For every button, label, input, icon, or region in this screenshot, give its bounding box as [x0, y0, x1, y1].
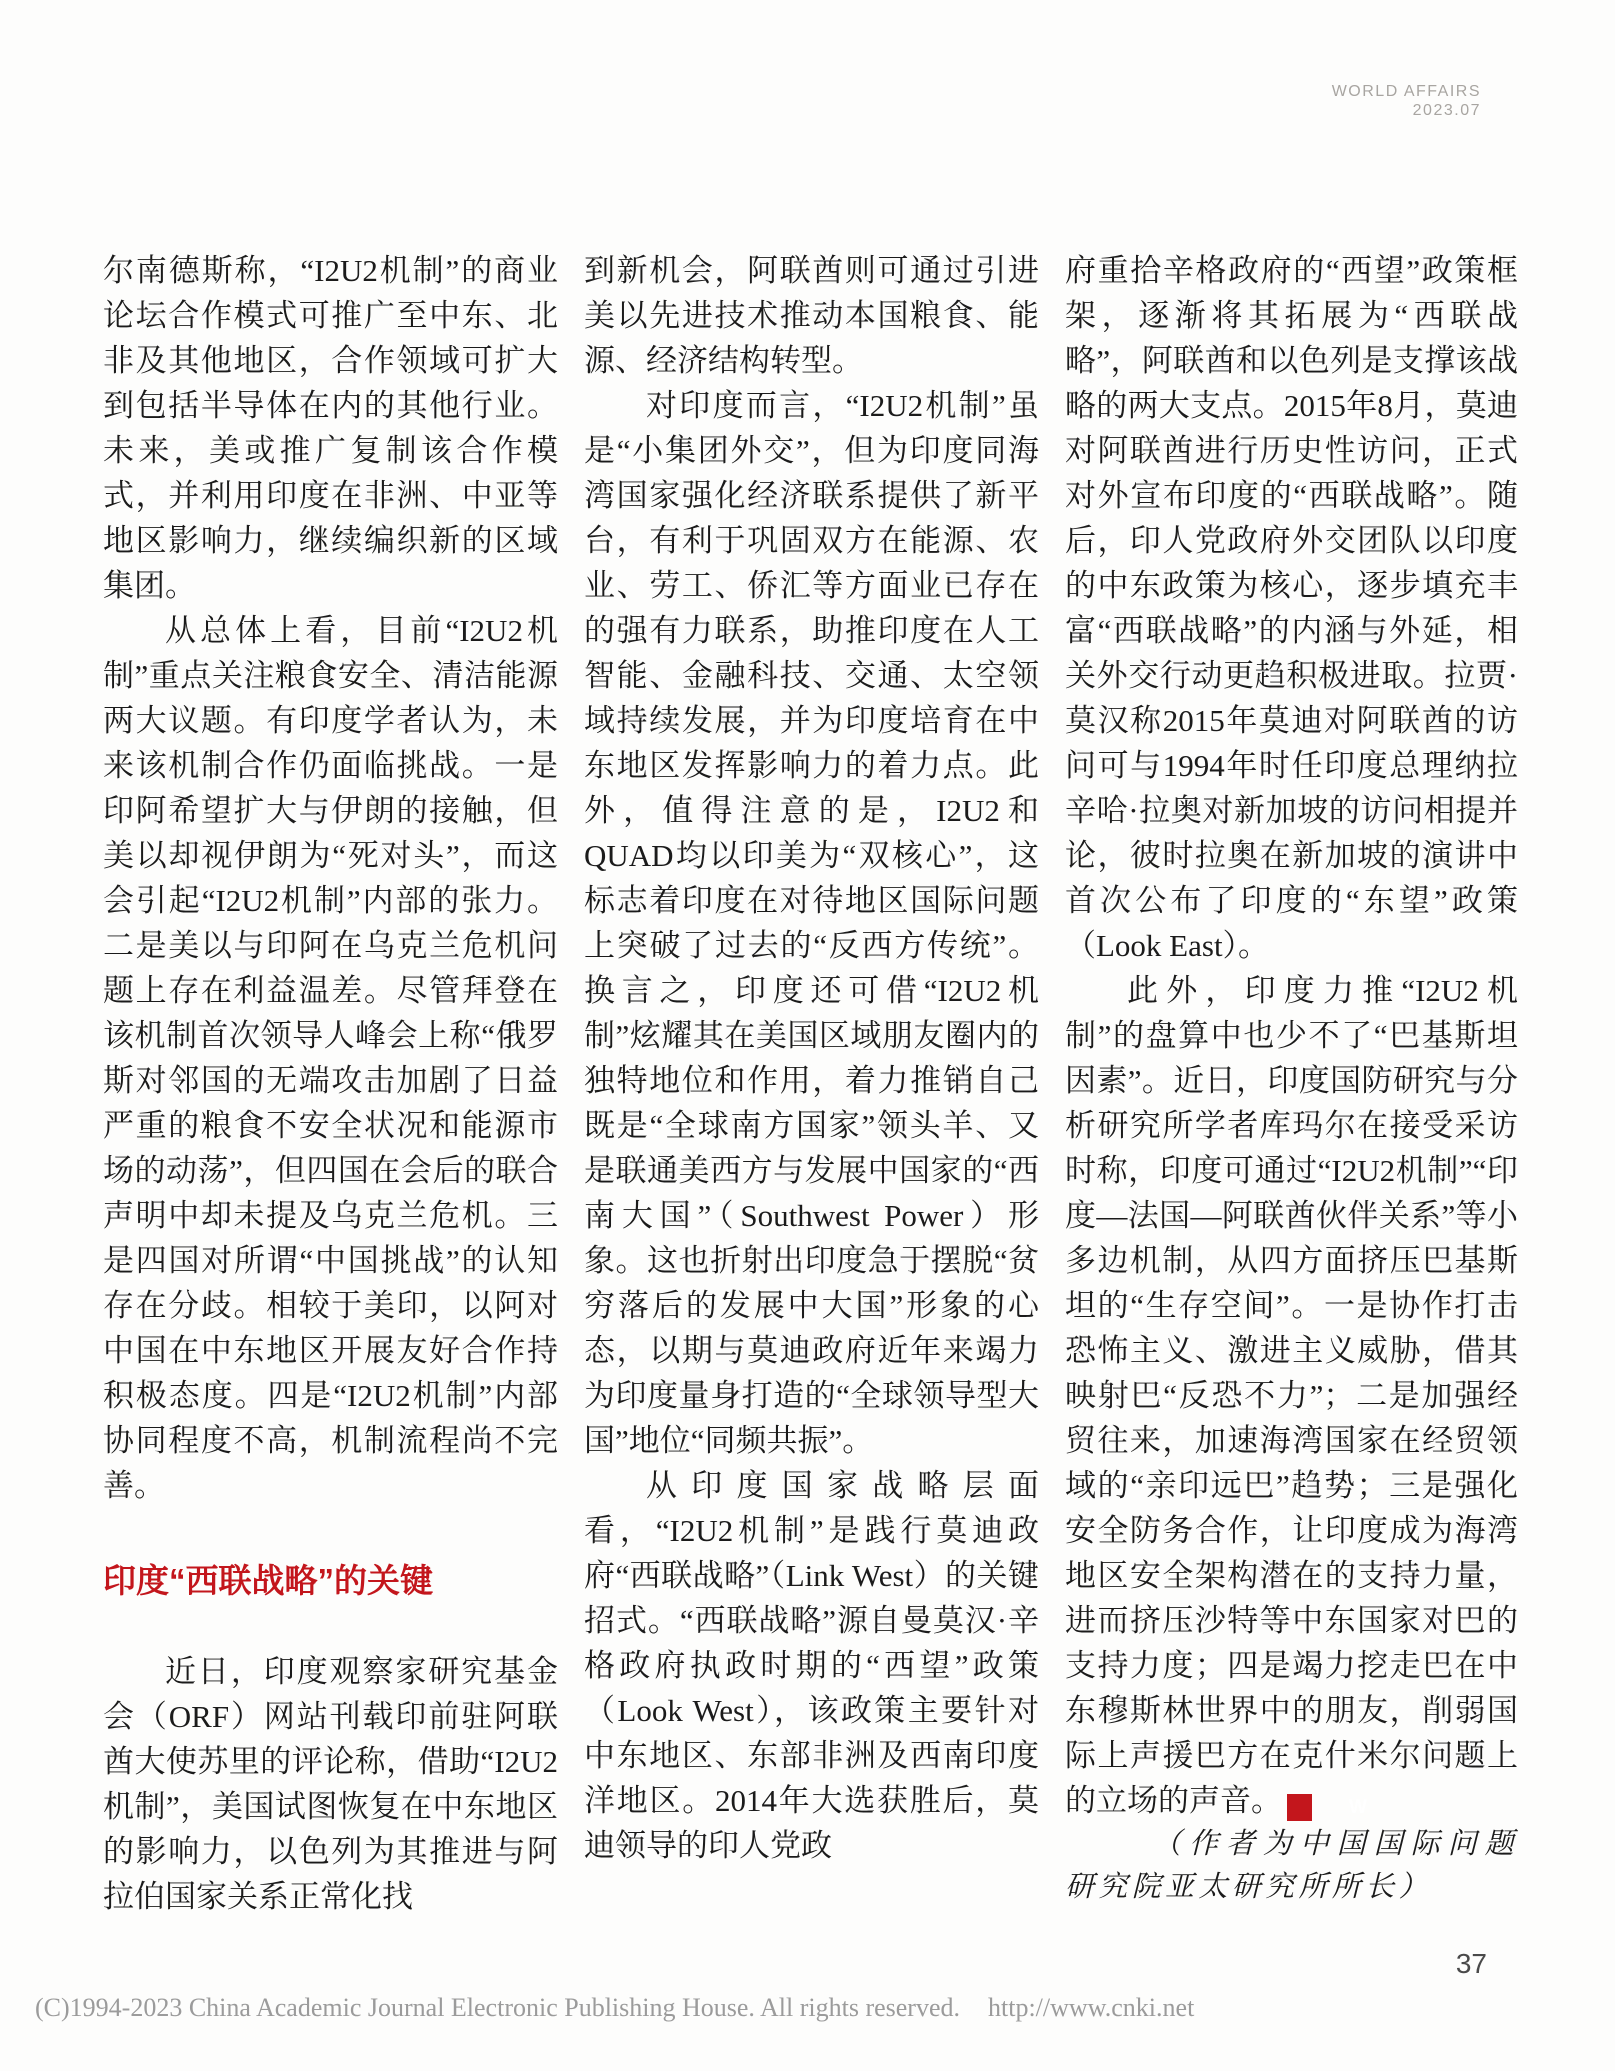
paragraph: 此外，印度力推“I2U2机制”的盘算中也少不了“巴基斯坦因素”。近日，印度国防研… — [1065, 968, 1518, 1823]
paragraph: 从印度国家战略层面看，“I2U2机制”是践行莫迪政府“西联战略”（Link We… — [584, 1463, 1039, 1868]
paragraph: 到新机会，阿联酋则可通过引进美以先进技术推动本国粮食、能源、经济结构转型。 — [584, 248, 1039, 383]
author-credit: （作者为中国国际问题研究院亚太研究所所长） — [1065, 1823, 1518, 1909]
masthead: WORLD AFFAIRS 2023.07 — [1332, 82, 1481, 120]
article-column-3: 府重拾辛格政府的“西望”政策框架，逐渐将其拓展为“西联战略”，阿联酋和以色列是支… — [1065, 248, 1518, 1909]
article-end-mark: W — [1287, 1794, 1312, 1821]
cnki-url: http://www.cnki.net — [988, 1993, 1194, 2022]
masthead-issue: 2023.07 — [1332, 101, 1481, 120]
paragraph: 府重拾辛格政府的“西望”政策框架，逐渐将其拓展为“西联战略”，阿联酋和以色列是支… — [1065, 248, 1518, 968]
masthead-title: WORLD AFFAIRS — [1332, 82, 1481, 101]
copyright-footer: (C)1994-2023 China Academic Journal Elec… — [35, 1993, 1194, 2023]
page-number: 37 — [1456, 1948, 1487, 1980]
paragraph: 对印度而言，“I2U2机制”虽是“小集团外交”，但为印度同海湾国家强化经济联系提… — [584, 383, 1039, 1463]
section-heading: 印度“西联战略”的关键 — [103, 1558, 558, 1603]
paragraph: 近日，印度观察家研究基金会（ORF）网站刊载印前驻阿联酋大使苏里的评论称，借助“… — [103, 1649, 558, 1919]
magazine-page: WORLD AFFAIRS 2023.07 尔南德斯称，“I2U2机制”的商业论… — [0, 0, 1615, 2071]
paragraph-text: 此外，印度力推“I2U2机制”的盘算中也少不了“巴基斯坦因素”。近日，印度国防研… — [1065, 973, 1518, 1818]
article-column-1: 尔南德斯称，“I2U2机制”的商业论坛合作模式可推广至中东、北非及其他地区，合作… — [103, 248, 558, 1919]
copyright-text: (C)1994-2023 China Academic Journal Elec… — [35, 1993, 960, 2022]
article-column-2: 到新机会，阿联酋则可通过引进美以先进技术推动本国粮食、能源、经济结构转型。 对印… — [584, 248, 1039, 1868]
paragraph: 尔南德斯称，“I2U2机制”的商业论坛合作模式可推广至中东、北非及其他地区，合作… — [103, 248, 558, 608]
paragraph: 从总体上看，目前“I2U2机制”重点关注粮食安全、清洁能源两大议题。有印度学者认… — [103, 608, 558, 1508]
